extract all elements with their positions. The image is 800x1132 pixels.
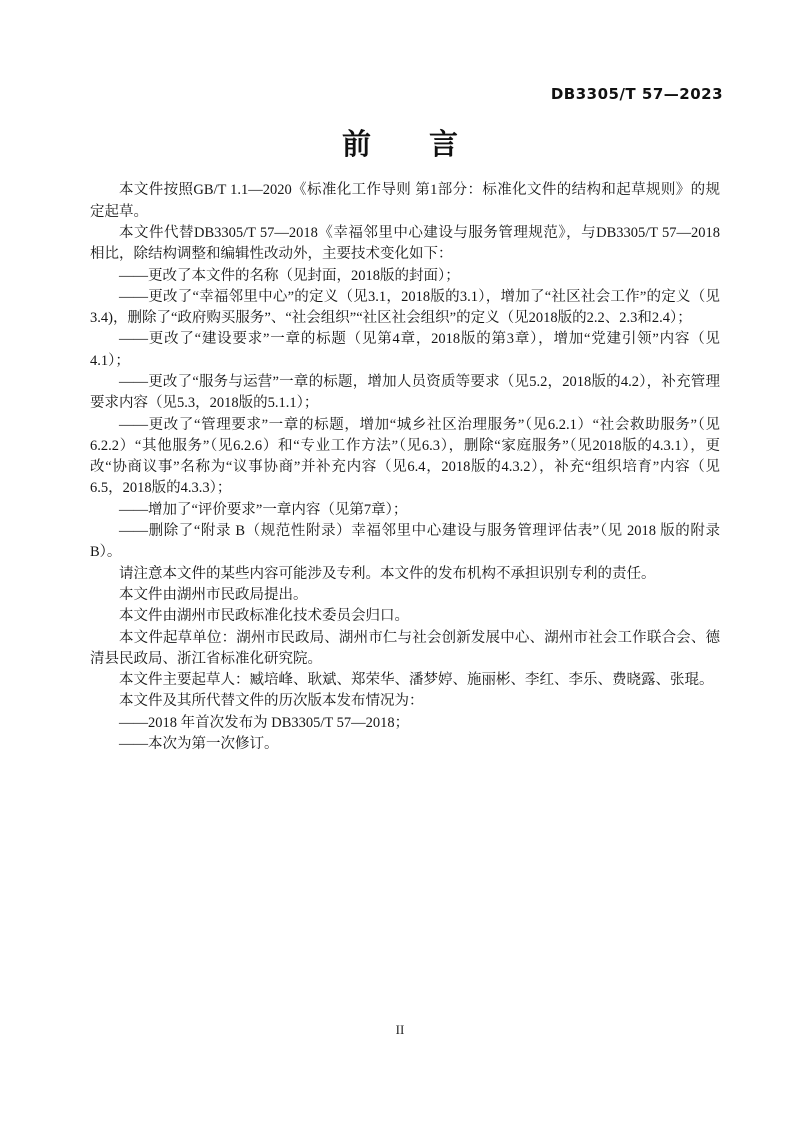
change-item-title: ——更改了本文件的名称（见封面，2018版的封面）； [90, 266, 720, 287]
change-item-appendix: ——删除了“附录 B（规范性附录）幸福邻里中心建设与服务管理评估表”（见 201… [90, 521, 720, 564]
paragraph-drafters: 本文件主要起草人：臧培峰、耿斌、郑荣华、潘梦婷、施丽彬、李红、李乐、费晓露、张琨… [90, 670, 720, 691]
paragraph-drafting-rules: 本文件按照GB/T 1.1—2020《标准化工作导则 第1部分：标准化文件的结构… [90, 180, 720, 223]
change-item-construction: ——更改了“建设要求”一章的标题（见第4章，2018版的第3章），增加“党建引领… [90, 329, 720, 372]
paragraph-version-history-intro: 本文件及其所代替文件的历次版本发布情况为： [90, 691, 720, 712]
paragraph-drafting-organizations: 本文件起草单位：湖州市民政局、湖州市仁与社会创新发展中心、湖州市社会工作联合会、… [90, 628, 720, 671]
change-item-service-operation: ——更改了“服务与运营”一章的标题，增加人员资质等要求（见5.2，2018版的4… [90, 372, 720, 415]
foreword-body: 本文件按照GB/T 1.1—2020《标准化工作导则 第1部分：标准化文件的结构… [0, 180, 800, 755]
version-history-item-revision: ——本次为第一次修订。 [90, 734, 720, 755]
paragraph-patent-note: 请注意本文件的某些内容可能涉及专利。本文件的发布机构不承担识别专利的责任。 [90, 564, 720, 585]
paragraph-proposed-by: 本文件由湖州市民政局提出。 [90, 585, 720, 606]
change-item-definitions: ——更改了“幸福邻里中心”的定义（见3.1，2018版的3.1），增加了“社区社… [90, 287, 720, 330]
document-page: DB3305/T 57—2023 前 言 本文件按照GB/T 1.1—2020《… [0, 0, 800, 1132]
paragraph-replacement-note: 本文件代替DB3305/T 57—2018《幸福邻里中心建设与服务管理规范》，与… [90, 223, 720, 266]
change-item-management: ——更改了“管理要求”一章的标题，增加“城乡社区治理服务”（见6.2.1）“社会… [90, 415, 720, 500]
change-item-evaluation: ——增加了“评价要求”一章内容（见第7章）； [90, 500, 720, 521]
page-number: II [0, 1022, 800, 1038]
standard-number: DB3305/T 57—2023 [0, 85, 800, 103]
version-history-item-first: ——2018 年首次发布为 DB3305/T 57—2018； [90, 713, 720, 734]
paragraph-centralized-by: 本文件由湖州市民政标准化技术委员会归口。 [90, 606, 720, 627]
page-title: 前 言 [0, 129, 800, 161]
